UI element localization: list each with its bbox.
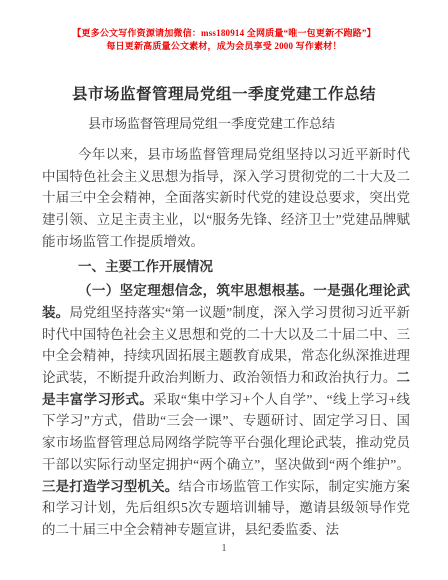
document-title: 县市场监督管理局党组一季度党建工作总结 (20, 84, 428, 106)
watermark-notice: 【更多公文写作资源请加微信：mss180914 全网质量“唯一包更新不跑路”】 … (0, 0, 448, 53)
point-1-text: 局党组坚持落实“第一议题”制度，深入学习贯彻习近平新时代中国特色社会主义思想和党… (42, 305, 410, 385)
section-1-heading: 一、主要工作开展情况 (42, 256, 410, 278)
page-number: 1 (0, 542, 448, 554)
watermark-line-1: 【更多公文写作资源请加微信：mss180914 全网质量“唯一包更新不跑路”】 (0, 27, 448, 40)
point-3-lead: 三是打造学习型机关。 (42, 479, 178, 494)
document-subtitle: 县市场监督管理局党组一季度党建工作总结 (42, 114, 410, 134)
intro-paragraph: 今年以来，县市场监督管理局党组坚持以习近平新时代中国特色社会主义思想为指导，深入… (42, 144, 410, 253)
watermark-line-2: 每日更新高质量公文素材，成为会员享受 2000 写作素材！ (0, 40, 448, 53)
section-1-paragraph: （一）坚定理想信念，筑牢思想根基。一是强化理论武装。局党组坚持落实“第一议题”制… (42, 280, 410, 540)
subsection-1-lead: （一）坚定理想信念，筑牢思想根基。 (78, 283, 313, 298)
document-page: 【更多公文写作资源请加微信：mss180914 全网质量“唯一包更新不跑路”】 … (0, 0, 448, 580)
document-body: 今年以来，县市场监督管理局党组坚持以习近平新时代中国特色社会主义思想为指导，深入… (42, 144, 410, 541)
